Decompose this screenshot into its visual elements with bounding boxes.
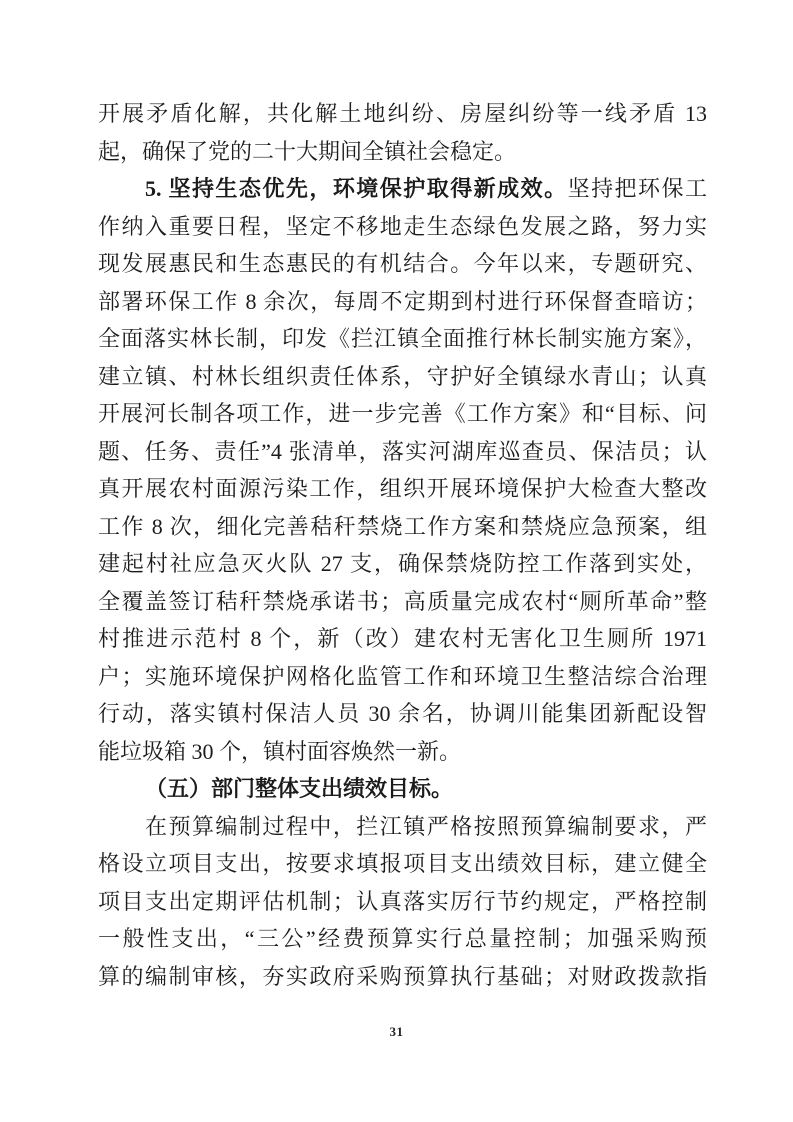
text-line: 算的编制审核，夯实政府采购预算执行基础；对财政拨款指 xyxy=(98,958,707,996)
text-segment: 项目支出定期评估机制；认真落实厉行节约规定，严格控制 xyxy=(98,889,707,914)
text-segment: 村推进示范村 8 个，新（改）建农村无害化卫生厕所 1971 xyxy=(98,626,707,651)
text-line: 行动，落实镇村保洁人员 30 余名，协调川能集团新配设智 xyxy=(98,695,707,733)
text-line: 建起村社应急灭火队 27 支，确保禁烧防控工作落到实处， xyxy=(98,545,707,583)
text-segment: 建立镇、村林长组织责任体系，守护好全镇绿水青山；认真 xyxy=(98,364,707,389)
text-line: 现发展惠民和生态惠民的有机结合。今年以来，专题研究、 xyxy=(98,245,707,283)
text-line: 格设立项目支出，按要求填报项目支出绩效目标，建立健全 xyxy=(98,845,707,883)
text-segment: 全面落实林长制，印发《拦江镇全面推行林长制实施方案》， xyxy=(98,326,707,351)
text-segment: 在预算编制过程中，拦江镇严格按照预算编制要求，严 xyxy=(145,814,707,839)
text-line: 题、任务、责任”4 张清单，落实河湖库巡查员、保洁员；认 xyxy=(98,433,707,471)
bold-text-segment: 5. 坚持生态优先，环境保护取得新成效。 xyxy=(145,176,568,201)
text-segment: 一般性支出，“三公”经费预算实行总量控制；加强采购预 xyxy=(98,926,707,951)
text-line: 村推进示范村 8 个，新（改）建农村无害化卫生厕所 1971 xyxy=(98,620,707,658)
text-line: 全面落实林长制，印发《拦江镇全面推行林长制实施方案》， xyxy=(98,320,707,358)
text-line: 项目支出定期评估机制；认真落实厉行节约规定，严格控制 xyxy=(98,883,707,921)
bold-text-segment: （五）部门整体支出绩效目标。 xyxy=(145,776,453,801)
text-segment: 起，确保了党的二十大期间全镇社会稳定。 xyxy=(98,139,516,164)
text-segment: 开展河长制各项工作，进一步完善《工作方案》和“目标、问 xyxy=(98,401,707,426)
text-segment: 行动，落实镇村保洁人员 30 余名，协调川能集团新配设智 xyxy=(98,701,707,726)
text-segment: 户；实施环境保护网格化监管工作和环境卫生整洁综合治理 xyxy=(98,664,707,689)
page-number-label: 31 xyxy=(0,1024,793,1040)
text-line: 户；实施环境保护网格化监管工作和环境卫生整洁综合治理 xyxy=(98,658,707,696)
text-segment: 作纳入重要日程，坚定不移地走生态绿色发展之路，努力实 xyxy=(98,214,707,239)
text-segment: 全覆盖签订秸秆禁烧承诺书；高质量完成农村“厕所革命”整 xyxy=(98,589,707,614)
text-segment: 算的编制审核，夯实政府采购预算执行基础；对财政拨款指 xyxy=(98,964,707,989)
text-segment: 格设立项目支出，按要求填报项目支出绩效目标，建立健全 xyxy=(98,851,707,876)
text-segment: 题、任务、责任”4 张清单，落实河湖库巡查员、保洁员；认 xyxy=(98,439,707,464)
text-segment: 工作 8 次，细化完善秸秆禁烧工作方案和禁烧应急预案，组 xyxy=(98,514,707,539)
text-line: 开展矛盾化解，共化解土地纠纷、房屋纠纷等一线矛盾 13 xyxy=(98,95,707,133)
text-segment: 部署环保工作 8 余次，每周不定期到村进行环保督查暗访； xyxy=(98,289,707,314)
text-line: 全覆盖签订秸秆禁烧承诺书；高质量完成农村“厕所革命”整 xyxy=(98,583,707,621)
text-line: 一般性支出，“三公”经费预算实行总量控制；加强采购预 xyxy=(98,920,707,958)
text-segment: 建起村社应急灭火队 27 支，确保禁烧防控工作落到实处， xyxy=(98,551,707,576)
text-line: 建立镇、村林长组织责任体系，守护好全镇绿水青山；认真 xyxy=(98,358,707,396)
text-segment: 开展矛盾化解，共化解土地纠纷、房屋纠纷等一线矛盾 13 xyxy=(98,101,707,126)
text-line: 作纳入重要日程，坚定不移地走生态绿色发展之路，努力实 xyxy=(98,208,707,246)
text-segment: 能垃圾箱 30 个，镇村面容焕然一新。 xyxy=(98,739,461,764)
section-heading-line: （五）部门整体支出绩效目标。 xyxy=(98,770,707,808)
text-line: 5. 坚持生态优先，环境保护取得新成效。坚持把环保工 xyxy=(98,170,707,208)
text-segment: 坚持把环保工 xyxy=(568,176,707,201)
text-line: 在预算编制过程中，拦江镇严格按照预算编制要求，严 xyxy=(98,808,707,846)
text-line: 工作 8 次，细化完善秸秆禁烧工作方案和禁烧应急预案，组 xyxy=(98,508,707,546)
text-segment: 真开展农村面源污染工作，组织开展环境保护大检查大整改 xyxy=(98,476,707,501)
document-page: 开展矛盾化解，共化解土地纠纷、房屋纠纷等一线矛盾 13起，确保了党的二十大期间全… xyxy=(0,0,793,1122)
text-line: 开展河长制各项工作，进一步完善《工作方案》和“目标、问 xyxy=(98,395,707,433)
text-line: 部署环保工作 8 余次，每周不定期到村进行环保督查暗访； xyxy=(98,283,707,321)
text-line: 能垃圾箱 30 个，镇村面容焕然一新。 xyxy=(98,733,707,771)
text-line: 起，确保了党的二十大期间全镇社会稳定。 xyxy=(98,133,707,171)
text-segment: 现发展惠民和生态惠民的有机结合。今年以来，专题研究、 xyxy=(98,251,707,276)
text-line: 真开展农村面源污染工作，组织开展环境保护大检查大整改 xyxy=(98,470,707,508)
document-body: 开展矛盾化解，共化解土地纠纷、房屋纠纷等一线矛盾 13起，确保了党的二十大期间全… xyxy=(98,95,707,995)
